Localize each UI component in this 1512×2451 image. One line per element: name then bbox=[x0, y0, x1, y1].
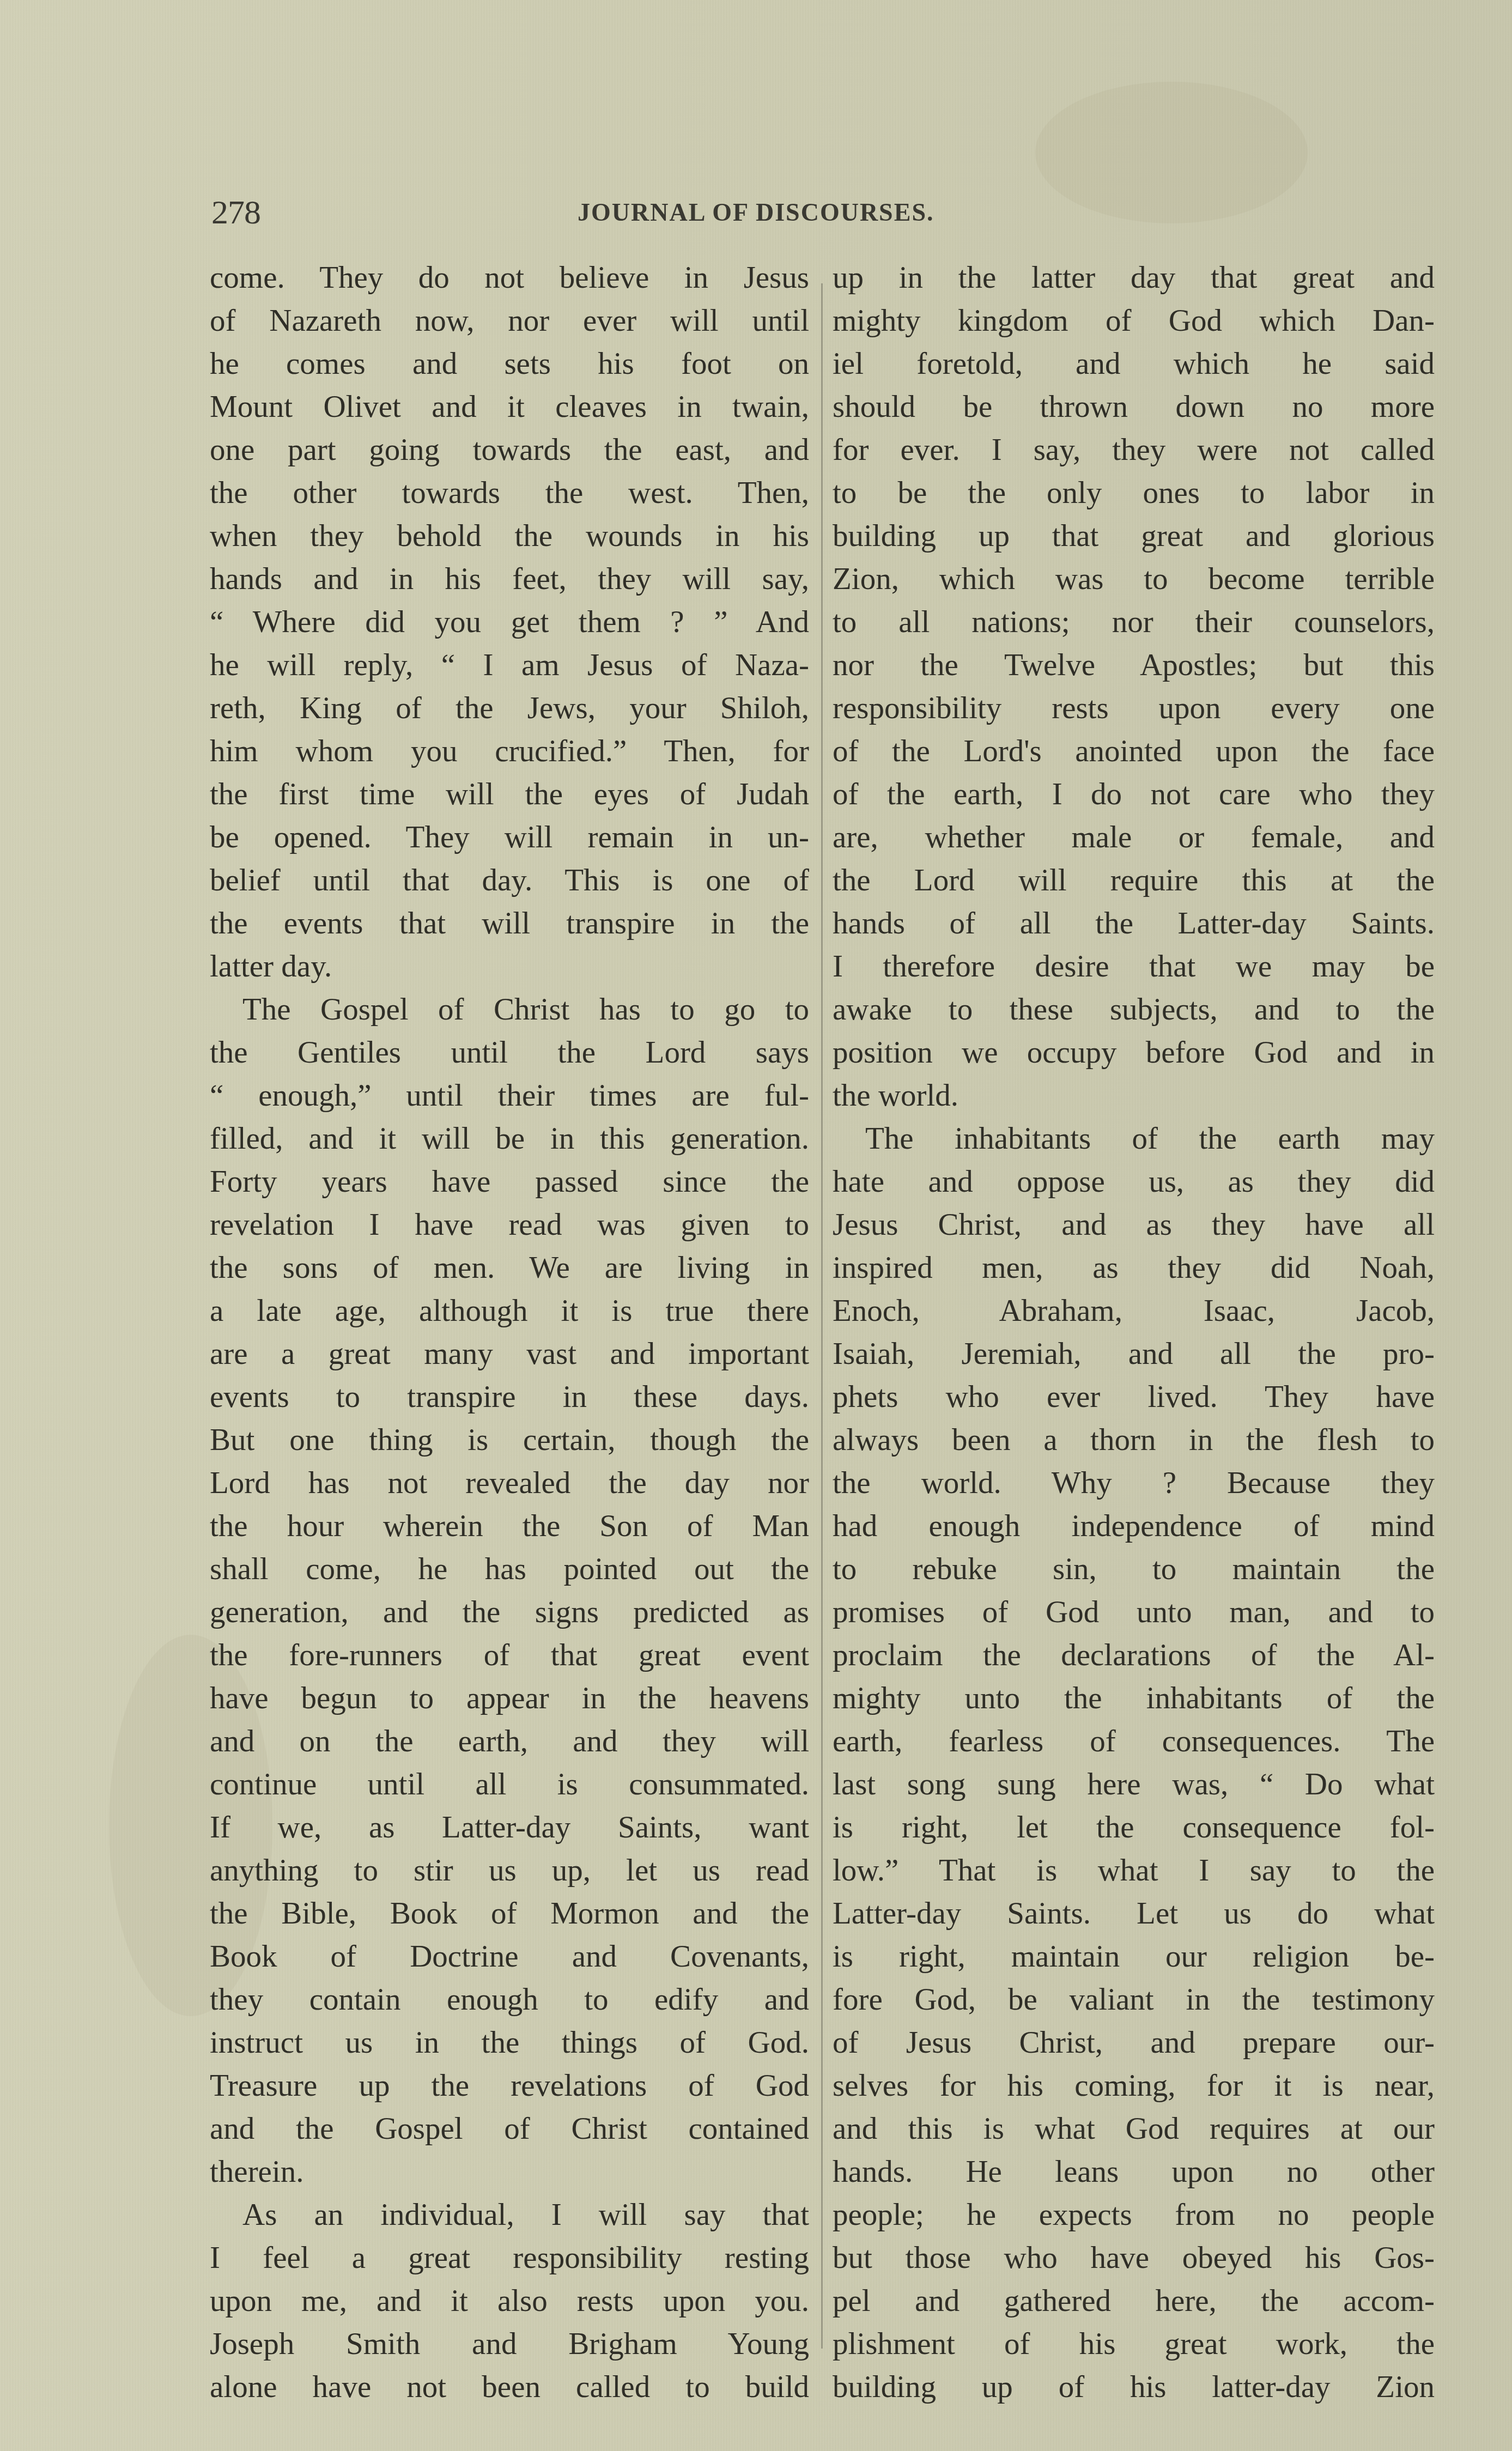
running-head: 278 JOURNAL OF DISCOURSES. bbox=[211, 188, 1432, 237]
text-line: hands. He leans upon no other bbox=[833, 2150, 1435, 2193]
text-line: The Gospel of Christ has to go to bbox=[210, 988, 809, 1031]
text-line: Isaiah, Jeremiah, and all the pro- bbox=[833, 1332, 1435, 1375]
text-line: reth, King of the Jews, your Shiloh, bbox=[210, 687, 809, 730]
page-number: 278 bbox=[211, 188, 260, 237]
text-line: responsibility rests upon every one bbox=[833, 687, 1435, 730]
text-line: the first time will the eyes of Judah bbox=[210, 773, 809, 816]
text-line: Zion, which was to become terrible bbox=[833, 557, 1435, 600]
text-line: are, whether male or female, and bbox=[833, 816, 1435, 859]
text-line: up in the latter day that great and bbox=[833, 256, 1435, 299]
text-line: selves for his coming, for it is near, bbox=[833, 2064, 1435, 2107]
text-line: the Lord will require this at the bbox=[833, 859, 1435, 902]
text-line: him whom you crucified.” Then, for bbox=[210, 730, 809, 773]
text-line: I therefore desire that we may be bbox=[833, 945, 1435, 988]
text-line: shall come, he has pointed out the bbox=[210, 1548, 809, 1591]
text-line: nor the Twelve Apostles; but this bbox=[833, 644, 1435, 687]
text-line: always been a thorn in the flesh to bbox=[833, 1418, 1435, 1461]
text-line: anything to stir us up, let us read bbox=[210, 1849, 809, 1892]
text-line: have begun to appear in the heavens bbox=[210, 1677, 809, 1720]
text-line: is right, let the consequence fol- bbox=[833, 1806, 1435, 1849]
text-line: hands of all the Latter-day Saints. bbox=[833, 902, 1435, 945]
text-line: the fore-runners of that great event bbox=[210, 1634, 809, 1677]
text-line: building up that great and glorious bbox=[833, 514, 1435, 557]
text-line: mighty unto the inhabitants of the bbox=[833, 1677, 1435, 1720]
text-line: Book of Doctrine and Covenants, bbox=[210, 1935, 809, 1978]
text-line: Mount Olivet and it cleaves in twain, bbox=[210, 385, 809, 428]
column-divider bbox=[821, 283, 823, 2349]
text-line: he comes and sets his foot on bbox=[210, 342, 809, 385]
text-line: Treasure up the revelations of God bbox=[210, 2064, 809, 2107]
text-line: promises of God unto man, and to bbox=[833, 1591, 1435, 1634]
text-line: plishment of his great work, the bbox=[833, 2322, 1435, 2365]
text-line: to rebuke sin, to maintain the bbox=[833, 1548, 1435, 1591]
journal-title: JOURNAL OF DISCOURSES. bbox=[578, 188, 934, 237]
text-line: iel foretold, and which he said bbox=[833, 342, 1435, 385]
right-column: up in the latter day that great andmight… bbox=[833, 256, 1435, 2408]
text-line: the world. Why ? Because they bbox=[833, 1461, 1435, 1504]
text-line: and this is what God requires at our bbox=[833, 2107, 1435, 2150]
text-line: had enough independence of mind bbox=[833, 1504, 1435, 1548]
text-line: But one thing is certain, though the bbox=[210, 1418, 809, 1461]
text-line: filled, and it will be in this generatio… bbox=[210, 1117, 809, 1160]
text-line: of Jesus Christ, and prepare our- bbox=[833, 2021, 1435, 2064]
text-line: therein. bbox=[210, 2150, 809, 2193]
text-line: Jesus Christ, and as they have all bbox=[833, 1203, 1435, 1246]
text-line: I feel a great responsibility resting bbox=[210, 2236, 809, 2279]
text-line: continue until all is consummated. bbox=[210, 1763, 809, 1806]
text-line: mighty kingdom of God which Dan- bbox=[833, 299, 1435, 342]
text-line: the world. bbox=[833, 1074, 1435, 1117]
text-line: If we, as Latter-day Saints, want bbox=[210, 1806, 809, 1849]
text-line: for ever. I say, they were not called bbox=[833, 428, 1435, 471]
text-line: As an individual, I will say that bbox=[210, 2193, 809, 2236]
text-line: instruct us in the things of God. bbox=[210, 2021, 809, 2064]
book-page: 278 JOURNAL OF DISCOURSES. come. They do… bbox=[0, 0, 1512, 2451]
text-line: alone have not been called to build bbox=[210, 2365, 809, 2408]
text-line: should be thrown down no more bbox=[833, 385, 1435, 428]
text-line: are a great many vast and important bbox=[210, 1332, 809, 1375]
text-line: inspired men, as they did Noah, bbox=[833, 1246, 1435, 1289]
text-line: and on the earth, and they will bbox=[210, 1720, 809, 1763]
text-line: revelation I have read was given to bbox=[210, 1203, 809, 1246]
text-line: be opened. They will remain in un- bbox=[210, 816, 809, 859]
text-line: “ Where did you get them ? ” And bbox=[210, 600, 809, 644]
text-line: the hour wherein the Son of Man bbox=[210, 1504, 809, 1548]
text-line: phets who ever lived. They have bbox=[833, 1375, 1435, 1418]
text-line: and the Gospel of Christ contained bbox=[210, 2107, 809, 2150]
text-line: Forty years have passed since the bbox=[210, 1160, 809, 1203]
text-line: to be the only ones to labor in bbox=[833, 471, 1435, 514]
text-line: the sons of men. We are living in bbox=[210, 1246, 809, 1289]
text-line: proclaim the declarations of the Al- bbox=[833, 1634, 1435, 1677]
text-line: people; he expects from no people bbox=[833, 2193, 1435, 2236]
text-line: but those who have obeyed his Gos- bbox=[833, 2236, 1435, 2279]
text-line: belief until that day. This is one of bbox=[210, 859, 809, 902]
text-line: generation, and the signs predicted as bbox=[210, 1591, 809, 1634]
text-line: awake to these subjects, and to the bbox=[833, 988, 1435, 1031]
text-line: Lord has not revealed the day nor bbox=[210, 1461, 809, 1504]
text-line: earth, fearless of consequences. The bbox=[833, 1720, 1435, 1763]
text-line: last song sung here was, “ Do what bbox=[833, 1763, 1435, 1806]
text-line: the events that will transpire in the bbox=[210, 902, 809, 945]
text-line: is right, maintain our religion be- bbox=[833, 1935, 1435, 1978]
text-line: events to transpire in these days. bbox=[210, 1375, 809, 1418]
left-column: come. They do not believe in Jesusof Naz… bbox=[210, 256, 809, 2408]
text-line: “ enough,” until their times are ful- bbox=[210, 1074, 809, 1117]
text-line: Joseph Smith and Brigham Young bbox=[210, 2322, 809, 2365]
text-line: Latter-day Saints. Let us do what bbox=[833, 1892, 1435, 1935]
text-line: fore God, be valiant in the testimony bbox=[833, 1978, 1435, 2021]
text-line: a late age, although it is true there bbox=[210, 1289, 809, 1332]
text-line: The inhabitants of the earth may bbox=[833, 1117, 1435, 1160]
text-line: of the Lord's anointed upon the face bbox=[833, 730, 1435, 773]
text-line: one part going towards the east, and bbox=[210, 428, 809, 471]
text-line: low.” That is what I say to the bbox=[833, 1849, 1435, 1892]
text-line: of the earth, I do not care who they bbox=[833, 773, 1435, 816]
text-line: when they behold the wounds in his bbox=[210, 514, 809, 557]
text-line: position we occupy before God and in bbox=[833, 1031, 1435, 1074]
text-line: the Bible, Book of Mormon and the bbox=[210, 1892, 809, 1935]
text-line: of Nazareth now, nor ever will until bbox=[210, 299, 809, 342]
text-line: they contain enough to edify and bbox=[210, 1978, 809, 2021]
text-line: hands and in his feet, they will say, bbox=[210, 557, 809, 600]
text-line: building up of his latter-day Zion bbox=[833, 2365, 1435, 2408]
text-line: he will reply, “ I am Jesus of Naza- bbox=[210, 644, 809, 687]
text-line: latter day. bbox=[210, 945, 809, 988]
text-line: pel and gathered here, the accom- bbox=[833, 2279, 1435, 2322]
text-line: upon me, and it also rests upon you. bbox=[210, 2279, 809, 2322]
text-line: Enoch, Abraham, Isaac, Jacob, bbox=[833, 1289, 1435, 1332]
text-line: hate and oppose us, as they did bbox=[833, 1160, 1435, 1203]
text-line: come. They do not believe in Jesus bbox=[210, 256, 809, 299]
text-line: the Gentiles until the Lord says bbox=[210, 1031, 809, 1074]
text-line: to all nations; nor their counselors, bbox=[833, 600, 1435, 644]
text-line: the other towards the west. Then, bbox=[210, 471, 809, 514]
